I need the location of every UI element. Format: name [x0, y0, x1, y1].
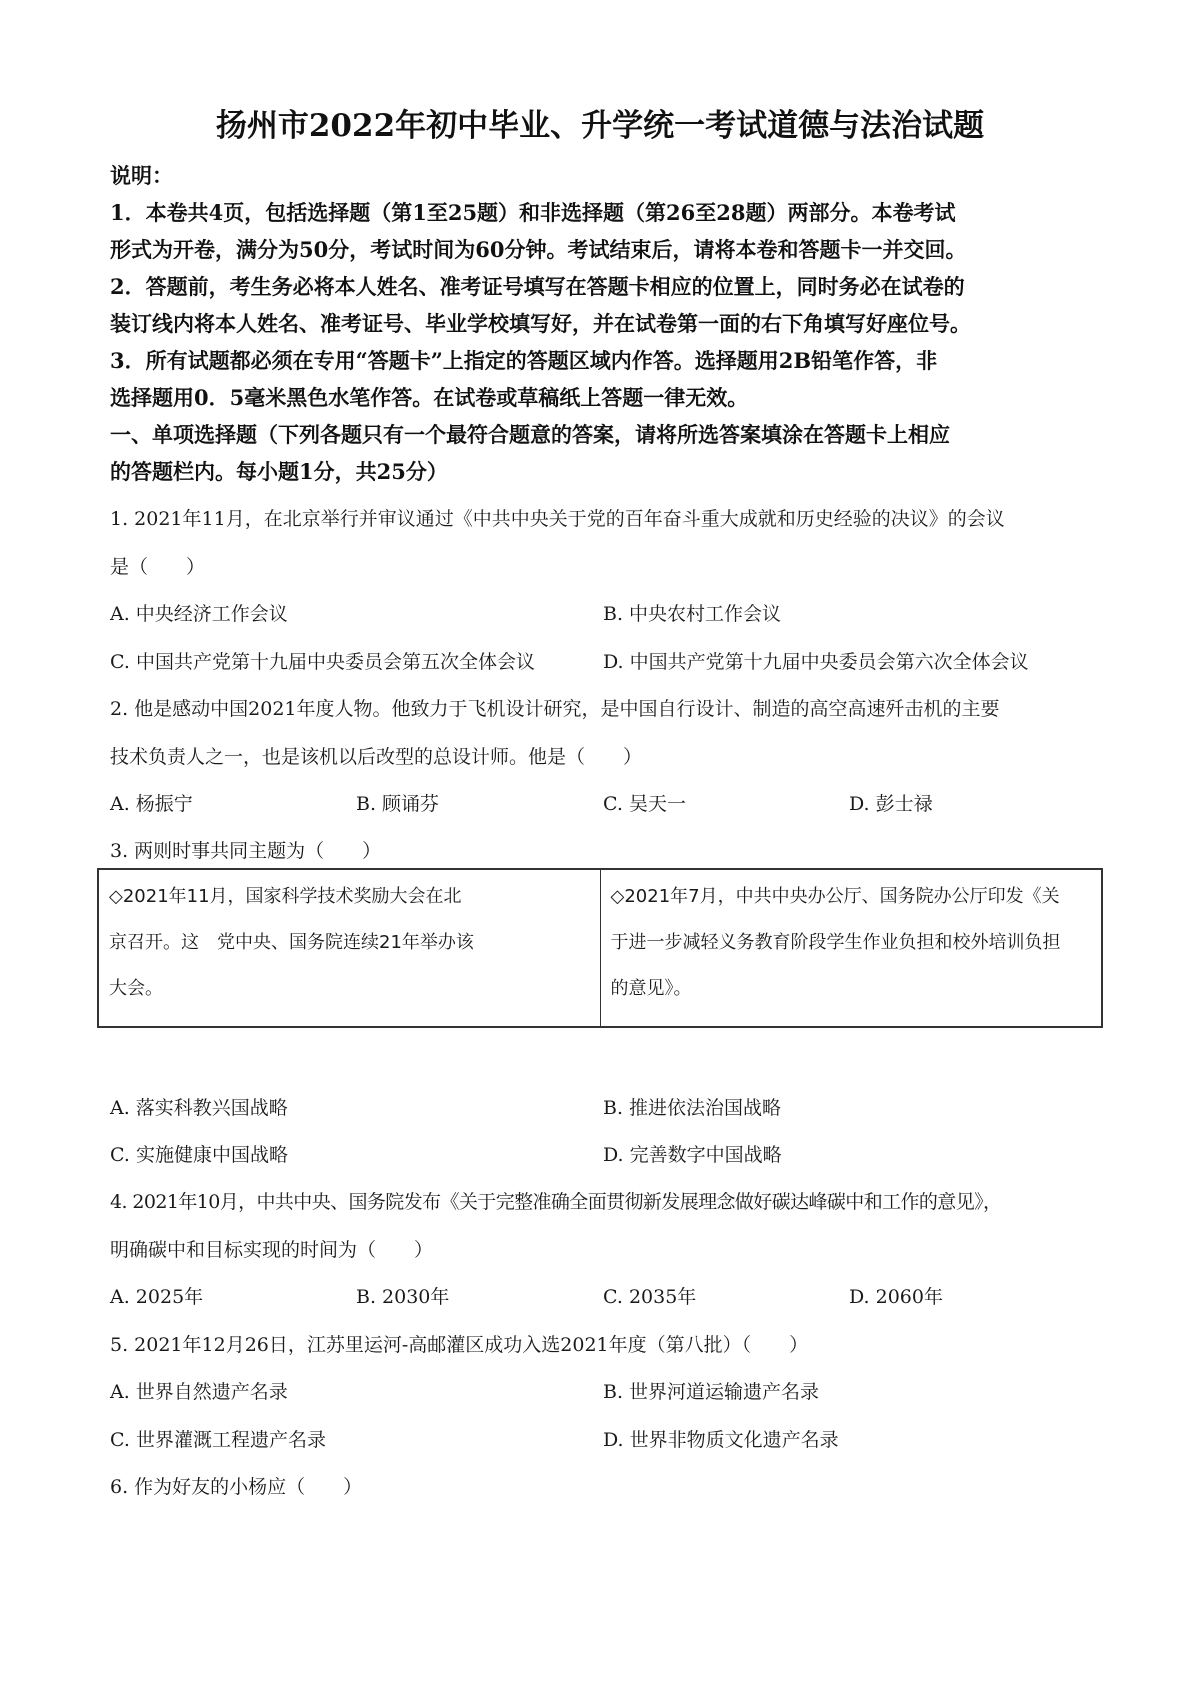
news-line: ◇2021年7月，中共中央办公厅、国务院办公厅印发《关: [611, 874, 1092, 920]
section-heading: 的答题栏内。每小题1分，共25分）: [110, 456, 448, 486]
instructions-heading: 说明：: [110, 160, 173, 190]
news-line: 大会。: [109, 966, 590, 1012]
option-b: B. 2030年: [356, 1282, 449, 1309]
question-stem: 4. 2021年10月，中共中央、国务院发布《关于完整准确全面贯彻新发展理念做好…: [110, 1187, 1001, 1214]
question-stem: 技术负责人之一，也是该机以后改型的总设计师。他是（ ）: [110, 742, 642, 769]
option-a: A. 中央经济工作会议: [110, 599, 288, 626]
option-b: B. 中央农村工作会议: [603, 599, 781, 626]
question-stem: 2. 他是感动中国2021年度人物。他致力于飞机设计研究，是中国自行设计、制造的…: [110, 694, 1000, 721]
option-d: D. 中国共产党第十九届中央委员会第六次全体会议: [603, 647, 1029, 674]
instruction-line: 装订线内将本人姓名、准考证号、毕业学校填写好，并在试卷第一面的右下角填写好座位号…: [110, 308, 971, 338]
option-a: A. 杨振宁: [110, 789, 193, 816]
question-stem: 5. 2021年12月26日，江苏里运河-高邮灌区成功入选2021年度（第八批）…: [110, 1330, 808, 1357]
instruction-line: 1．本卷共4页，包括选择题（第1至25题）和非选择题（第26至28题）两部分。本…: [110, 197, 956, 227]
option-c: C. 中国共产党第十九届中央委员会第五次全体会议: [110, 647, 535, 674]
news-line: 的意见》。: [611, 966, 1092, 1012]
news-line: 京召开。这 党中央、国务院连续21年举办该: [109, 920, 590, 966]
option-a: A. 世界自然遗产名录: [110, 1377, 288, 1404]
option-d: D. 2060年: [849, 1282, 943, 1309]
question-stem: 是（ ）: [110, 552, 205, 579]
news-table: ◇2021年11月，国家科学技术奖励大会在北 京召开。这 党中央、国务院连续21…: [97, 868, 1103, 1028]
option-c: C. 2035年: [603, 1282, 696, 1309]
option-c: C. 世界灌溉工程遗产名录: [110, 1425, 326, 1452]
option-c: C. 吴天一: [603, 789, 686, 816]
option-b: B. 推进依法治国战略: [603, 1093, 781, 1120]
option-d: D. 世界非物质文化遗产名录: [603, 1425, 839, 1452]
section-heading: 一、单项选择题（下列各题只有一个最符合题意的答案，请将所选答案填涂在答题卡上相应: [110, 419, 950, 449]
question-stem: 1. 2021年11月，在北京举行并审议通过《中共中央关于党的百年奋斗重大成就和…: [110, 504, 1005, 531]
option-b: B. 顾诵芬: [356, 789, 439, 816]
question-stem: 3. 两则时事共同主题为（ ）: [110, 836, 381, 863]
option-a: A. 落实科教兴国战略: [110, 1093, 288, 1120]
instruction-line: 2．答题前，考生务必将本人姓名、准考证号填写在答题卡相应的位置上，同时务必在试卷…: [110, 271, 965, 301]
option-b: B. 世界河道运输遗产名录: [603, 1377, 819, 1404]
option-d: D. 完善数字中国战略: [603, 1140, 782, 1167]
instruction-line: 选择题用0．5毫米黑色水笔作答。在试卷或草稿纸上答题一律无效。: [110, 382, 748, 412]
instruction-line: 3．所有试题都必须在专用“答题卡”上指定的答题区域内作答。选择题用2B铅笔作答，…: [110, 345, 937, 375]
question-stem: 6. 作为好友的小杨应（ ）: [110, 1472, 362, 1499]
exam-page: 扬州市2022年初中毕业、升学统一考试道德与法治试题 说明： 1．本卷共4页，包…: [0, 0, 1200, 1698]
news-line: 于进一步减轻义务教育阶段学生作业负担和校外培训负担: [611, 920, 1092, 966]
news-cell-right: ◇2021年7月，中共中央办公厅、国务院办公厅印发《关 于进一步减轻义务教育阶段…: [600, 869, 1102, 1027]
option-c: C. 实施健康中国战略: [110, 1140, 288, 1167]
option-a: A. 2025年: [110, 1282, 203, 1309]
news-line: ◇2021年11月，国家科学技术奖励大会在北: [109, 874, 590, 920]
question-stem: 明确碳中和目标实现的时间为（ ）: [110, 1235, 433, 1262]
option-d: D. 彭士禄: [849, 789, 933, 816]
page-title: 扬州市2022年初中毕业、升学统一考试道德与法治试题: [0, 100, 1200, 145]
instruction-line: 形式为开卷，满分为50分，考试时间为60分钟。考试结束后，请将本卷和答题卡一并交…: [110, 234, 966, 264]
news-cell-left: ◇2021年11月，国家科学技术奖励大会在北 京召开。这 党中央、国务院连续21…: [98, 869, 600, 1027]
